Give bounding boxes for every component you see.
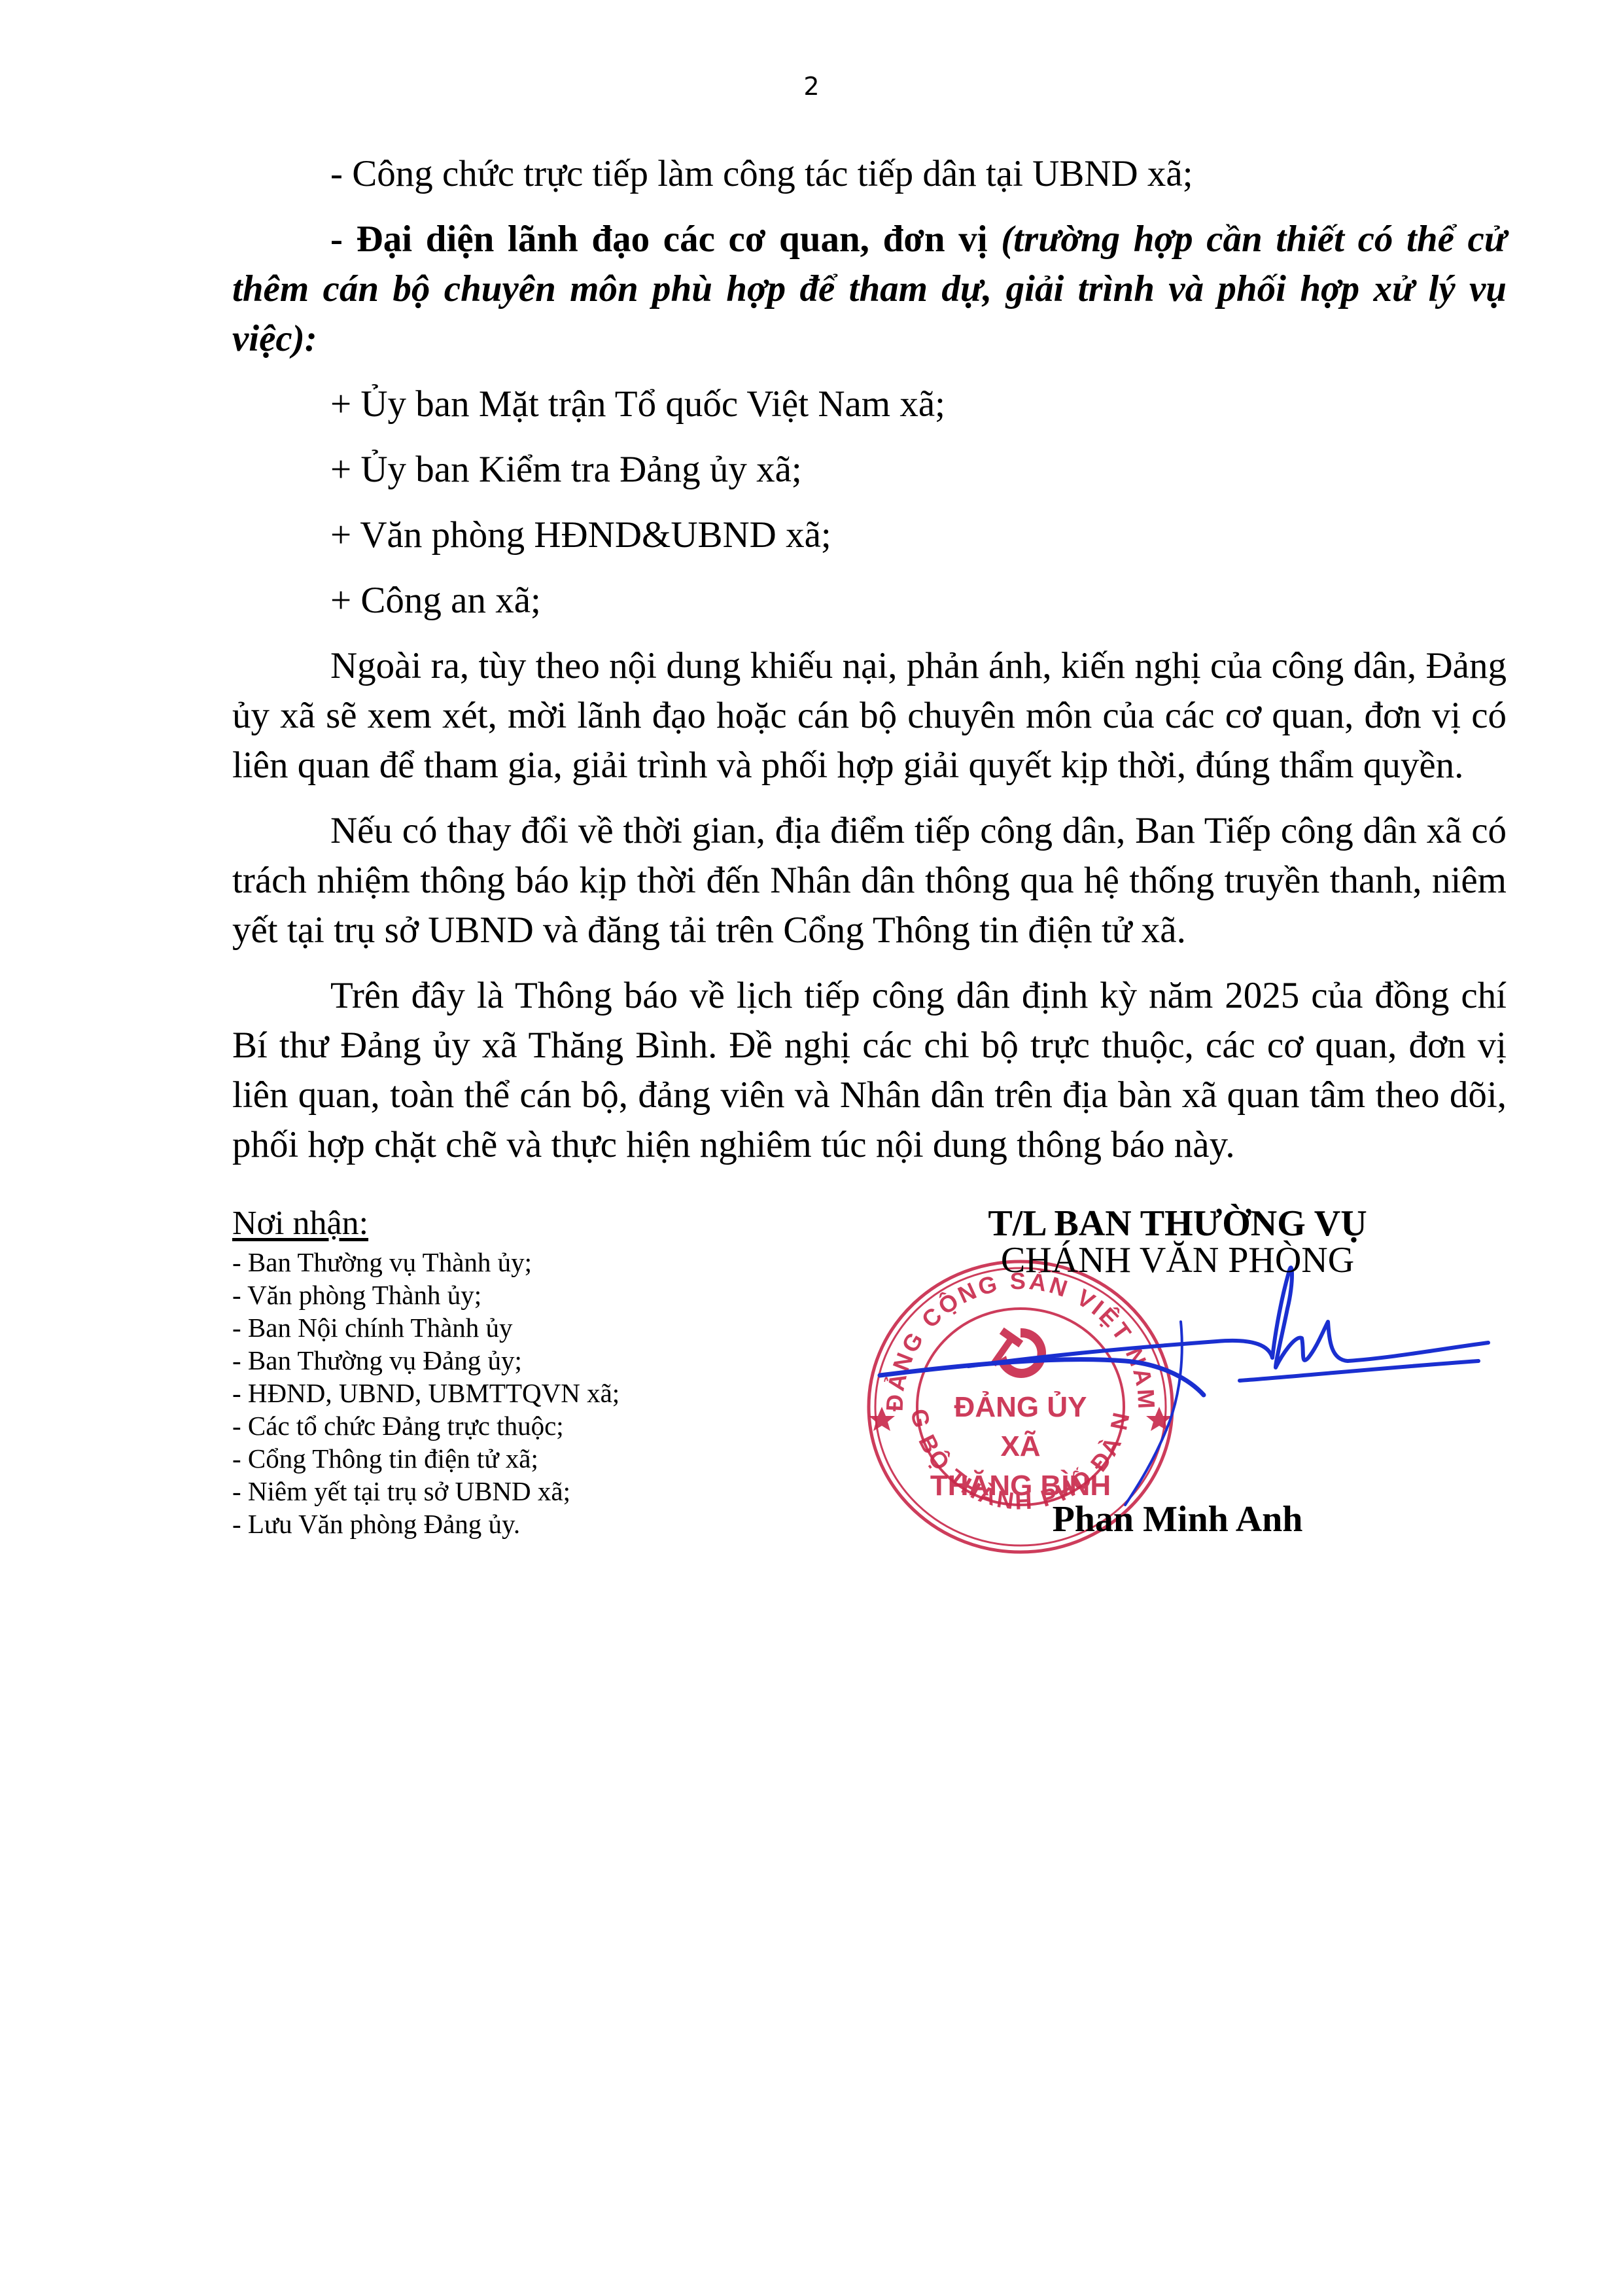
leaders-heading: - Đại diện lãnh đạo các cơ quan, đơn vị <box>330 219 1001 260</box>
attendee-line-police: + Công an xã; <box>232 576 1507 626</box>
recipient-item: - Lưu Văn phòng Đảng ủy. <box>232 1508 821 1540</box>
recipient-item: - Ban Thường vụ Thành ủy; <box>232 1246 821 1279</box>
attendee-line-fatherland-front: + Ủy ban Mặt trận Tổ quốc Việt Nam xã; <box>232 380 1507 429</box>
recipient-item: - Các tổ chức Đảng trực thuộc; <box>232 1409 821 1442</box>
recipients-title: Nơi nhận: <box>232 1204 821 1243</box>
attendee-line-civil-servant: - Công chức trực tiếp làm công tác tiếp … <box>232 149 1507 199</box>
document-body: - Công chức trực tiếp làm công tác tiếp … <box>232 149 1507 1186</box>
recipient-item: - Văn phòng Thành ủy; <box>232 1279 821 1311</box>
attendee-line-office: + Văn phòng HĐND&UBND xã; <box>232 510 1507 560</box>
recipients-block: Nơi nhận: - Ban Thường vụ Thành ủy; - Vă… <box>232 1204 821 1540</box>
recipient-item: - HĐND, UBND, UBMTTQVN xã; <box>232 1377 821 1409</box>
paragraph-additional-invitees: Ngoài ra, tùy theo nội dung khiếu nại, p… <box>232 641 1507 790</box>
recipient-item: - Cổng Thông tin điện tử xã; <box>232 1442 821 1475</box>
paragraph-schedule-changes: Nếu có thay đổi về thời gian, địa điểm t… <box>232 806 1507 955</box>
signature-on-behalf: T/L BAN THƯỜNG VỤ <box>850 1204 1505 1243</box>
attendee-line-leaders: - Đại diện lãnh đạo các cơ quan, đơn vị … <box>232 215 1507 364</box>
signature-position: CHÁNH VĂN PHÒNG <box>850 1241 1505 1280</box>
recipient-item: - Ban Thường vụ Đảng ủy; <box>232 1344 821 1377</box>
recipients-list: - Ban Thường vụ Thành ủy; - Văn phòng Th… <box>232 1246 821 1540</box>
recipient-item: - Niêm yết tại trụ sở UBND xã; <box>232 1475 821 1508</box>
paragraph-conclusion: Trên đây là Thông báo về lịch tiếp công … <box>232 971 1507 1170</box>
signature-block: T/L BAN THƯỜNG VỤ CHÁNH VĂN PHÒNG ĐẢNG C… <box>850 1204 1505 1570</box>
document-page: 2 - Công chức trực tiếp làm công tác tiế… <box>0 0 1623 2296</box>
attendee-line-inspection-committee: + Ủy ban Kiểm tra Đảng ủy xã; <box>232 445 1507 495</box>
signer-name: Phan Minh Anh <box>850 1500 1505 1539</box>
page-number: 2 <box>0 72 1623 101</box>
recipient-item: - Ban Nội chính Thành ủy <box>232 1311 821 1344</box>
